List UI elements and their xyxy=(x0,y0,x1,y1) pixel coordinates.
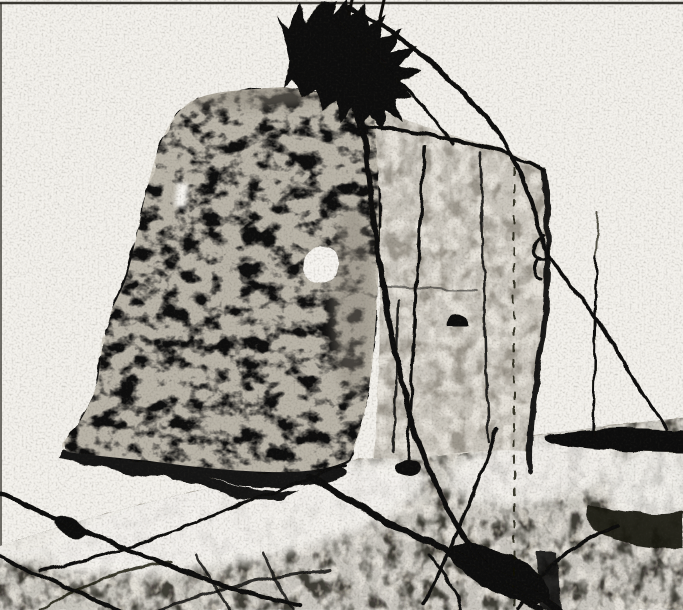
film-grain-overlay xyxy=(0,0,683,610)
page xyxy=(0,0,683,610)
photo-figure xyxy=(0,0,683,610)
photo-canvas xyxy=(0,0,683,610)
